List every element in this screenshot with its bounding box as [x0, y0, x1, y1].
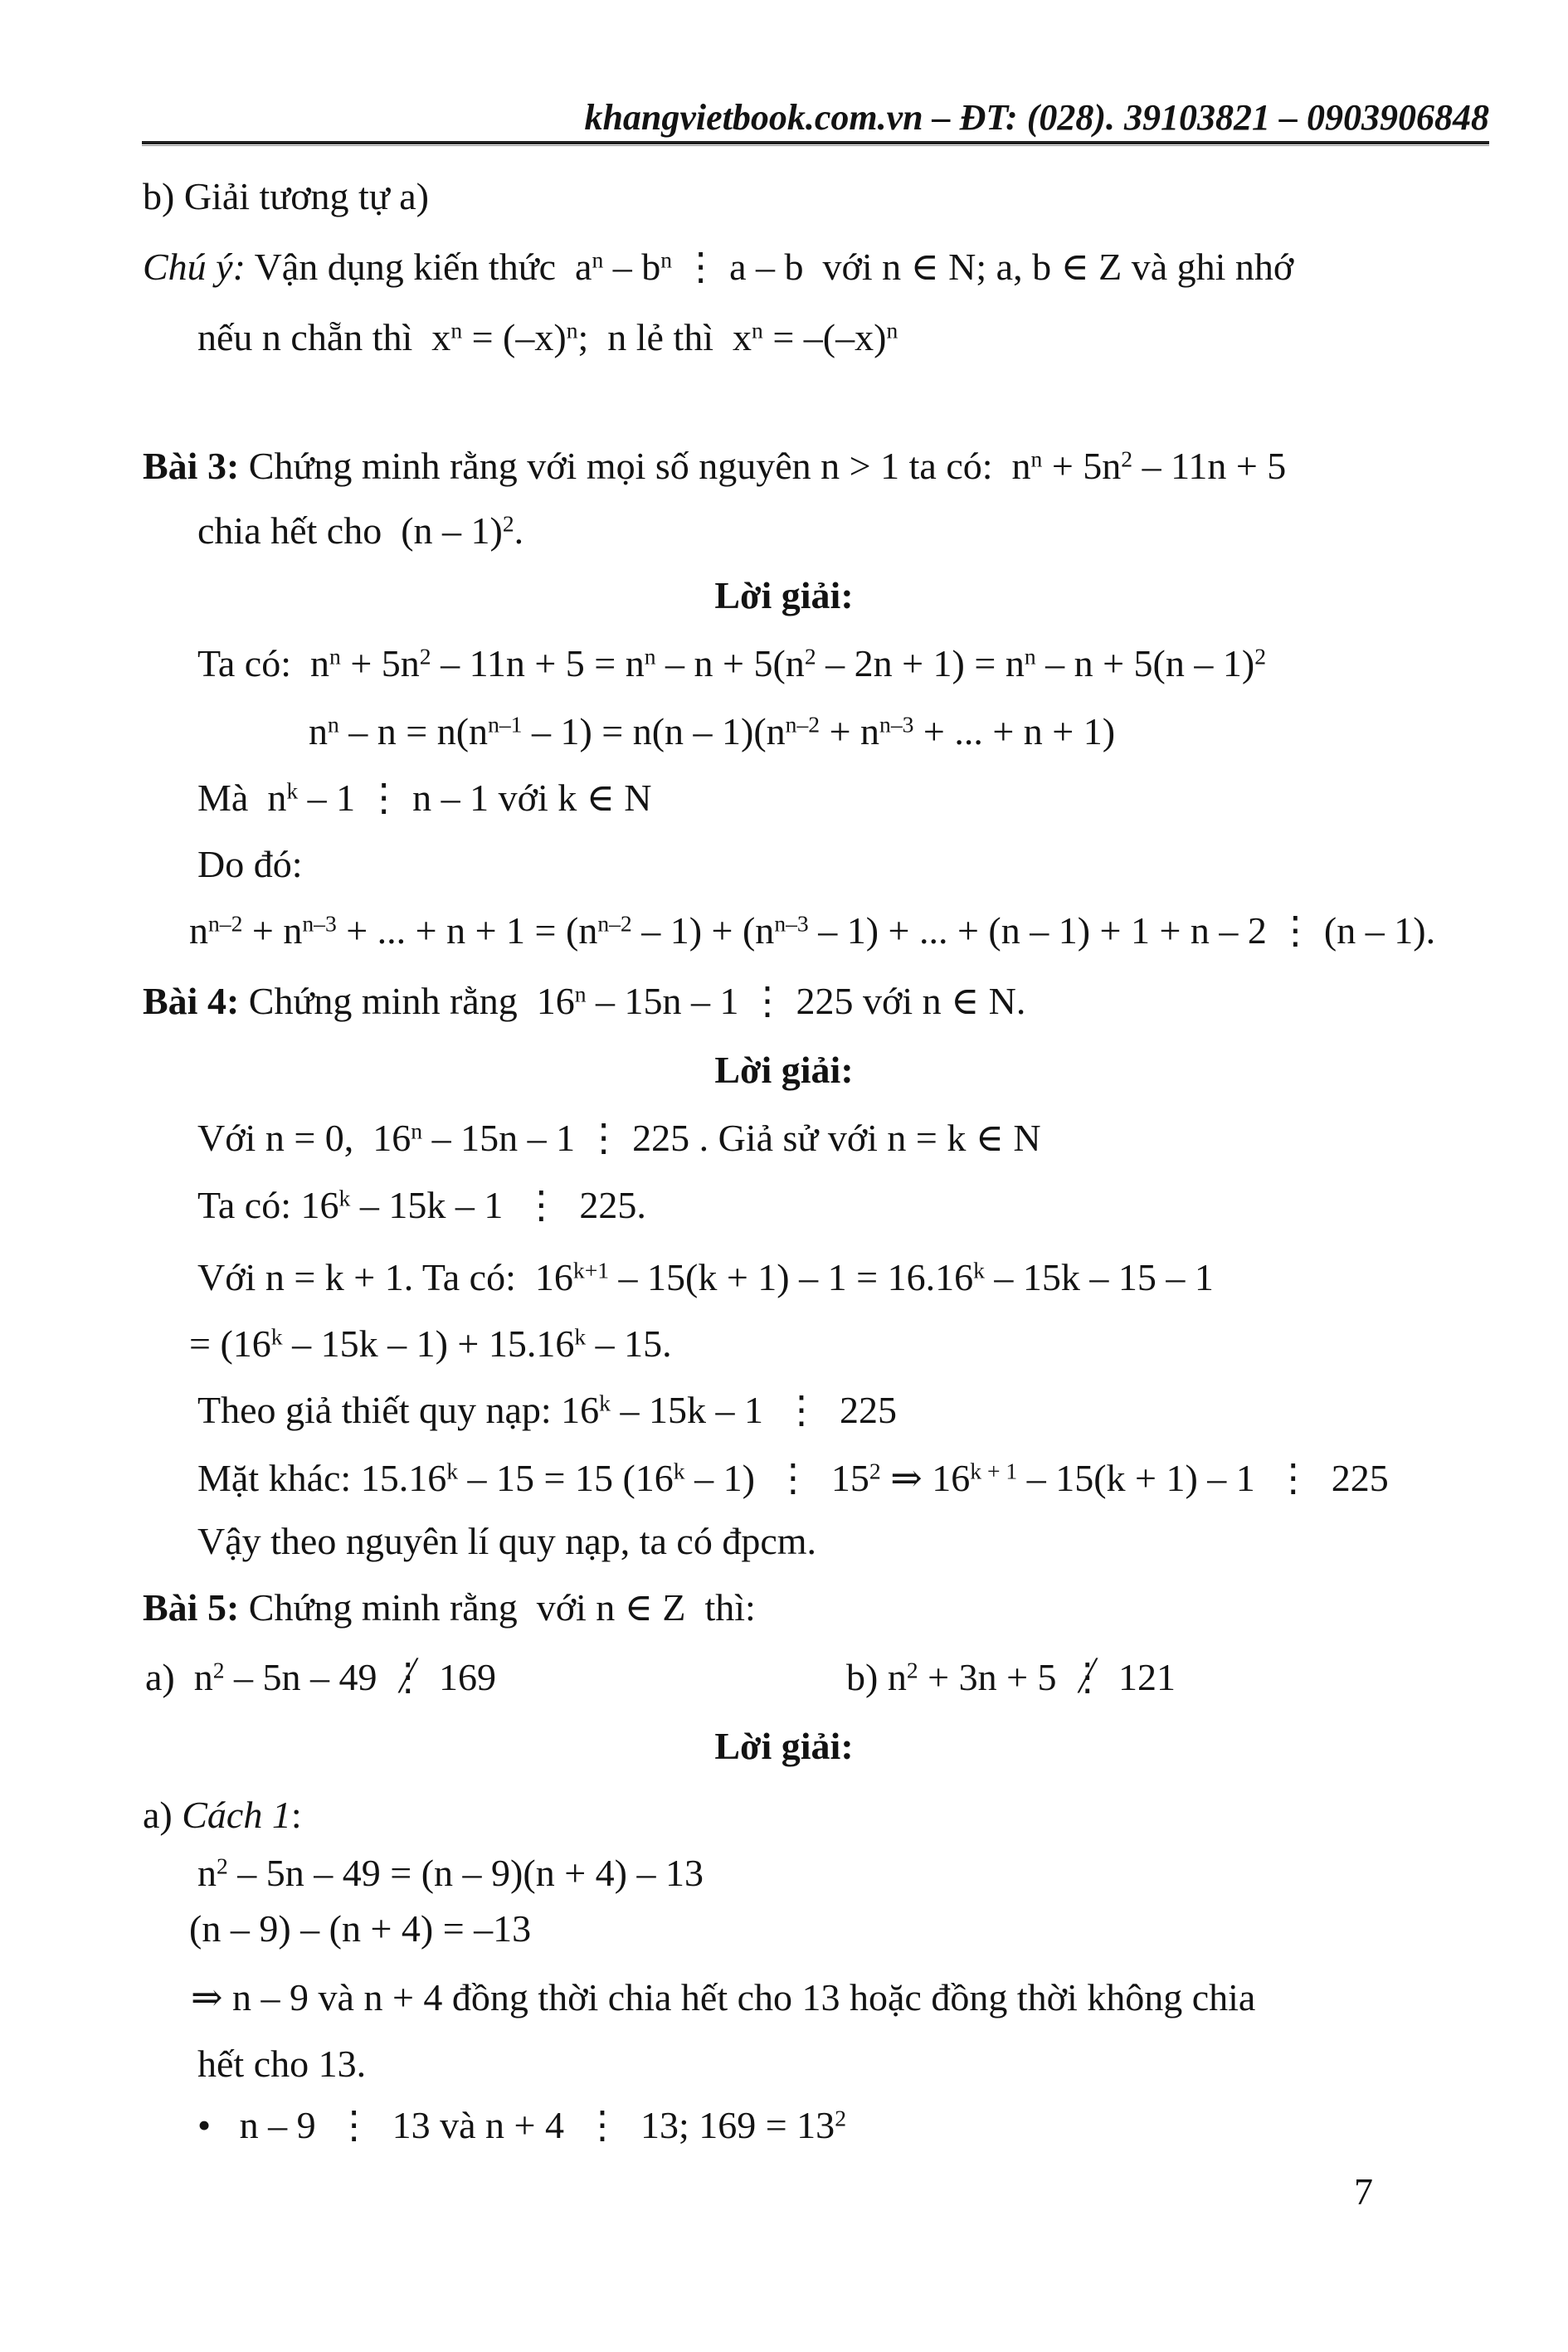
not-divisible-symbol: ⋮∕: [1069, 1653, 1107, 1702]
text-line: Ta có: nn + 5n2 – 11n + 5 = nn – n + 5(n…: [197, 639, 1266, 689]
header-rule: [142, 141, 1489, 146]
text-line: Mặt khác: 15.16k – 15 = 15 (16k – 1) ⋮ 1…: [197, 1454, 1389, 1503]
text-line: Với n = 0, 16n – 15n – 1 ⋮ 225 . Giả sử …: [197, 1113, 1041, 1163]
text-line: b) Giải tương tự a): [143, 172, 429, 222]
text-line: Do đó:: [197, 840, 303, 889]
text-line: Chú ý: Vận dụng kiến thức an – bn ⋮ a – …: [143, 242, 1293, 292]
text-line: = (16k – 15k – 1) + 15.16k – 15.: [189, 1319, 672, 1369]
page-header: khangvietbook.com.vn – ĐT: (028). 391038…: [0, 96, 1489, 139]
text-line: (n – 9) – (n + 4) = –13: [189, 1904, 531, 1954]
text-line: Vậy theo nguyên lí quy nạp, ta có đpcm.: [197, 1517, 816, 1566]
text-line: ⇒ n – 9 và n + 4 đồng thời chia hết cho …: [191, 1973, 1255, 2023]
text-line: • n – 9 ⋮ 13 và n + 4 ⋮ 13; 169 = 132: [197, 2101, 846, 2150]
text-line: Mà nk – 1 ⋮ n – 1 với k ∈ N: [197, 773, 652, 823]
not-divisible-symbol: ⋮∕: [389, 1653, 427, 1702]
text-line: n2 – 5n – 49 = (n – 9)(n + 4) – 13: [197, 1848, 704, 1898]
text-line: Ta có: 16k – 15k – 1 ⋮ 225.: [197, 1181, 646, 1230]
text-line: Theo giả thiết quy nạp: 16k – 15k – 1 ⋮ …: [197, 1385, 897, 1435]
page-number: 7: [1354, 2167, 1373, 2217]
text-line: nn – n = n(nn–1 – 1) = n(n – 1)(nn–2 + n…: [309, 707, 1115, 757]
text-line: a) Cách 1:: [143, 1790, 302, 1840]
text-line: nn–2 + nn–3 + ... + n + 1 = (nn–2 – 1) +…: [189, 906, 1435, 956]
text-line: Với n = k + 1. Ta có: 16k+1 – 15(k + 1) …: [197, 1253, 1214, 1303]
text-line: Lời giải:: [0, 1045, 1568, 1095]
column-a: a) n2 – 5n – 49 ⋮∕ 169: [145, 1653, 496, 1702]
text-line: Lời giải:: [0, 571, 1568, 621]
text-line: Bài 5: Chứng minh rằng với n ∈ Z thì:: [143, 1583, 756, 1633]
text-line: hết cho 13.: [197, 2039, 366, 2089]
text-line: Bài 3: Chứng minh rằng với mọi số nguyên…: [143, 441, 1286, 491]
book-page: khangvietbook.com.vn – ĐT: (028). 391038…: [0, 0, 1568, 2352]
column-b: b) n2 + 3n + 5 ⋮∕ 121: [846, 1653, 1176, 1702]
text-line: Lời giải:: [0, 1721, 1568, 1771]
text-line: Bài 4: Chứng minh rằng 16n – 15n – 1 ⋮ 2…: [143, 976, 1025, 1026]
text-line: chia hết cho (n – 1)2.: [197, 506, 523, 556]
text-line: nếu n chẵn thì xn = (–x)n; n lẻ thì xn =…: [197, 313, 898, 363]
